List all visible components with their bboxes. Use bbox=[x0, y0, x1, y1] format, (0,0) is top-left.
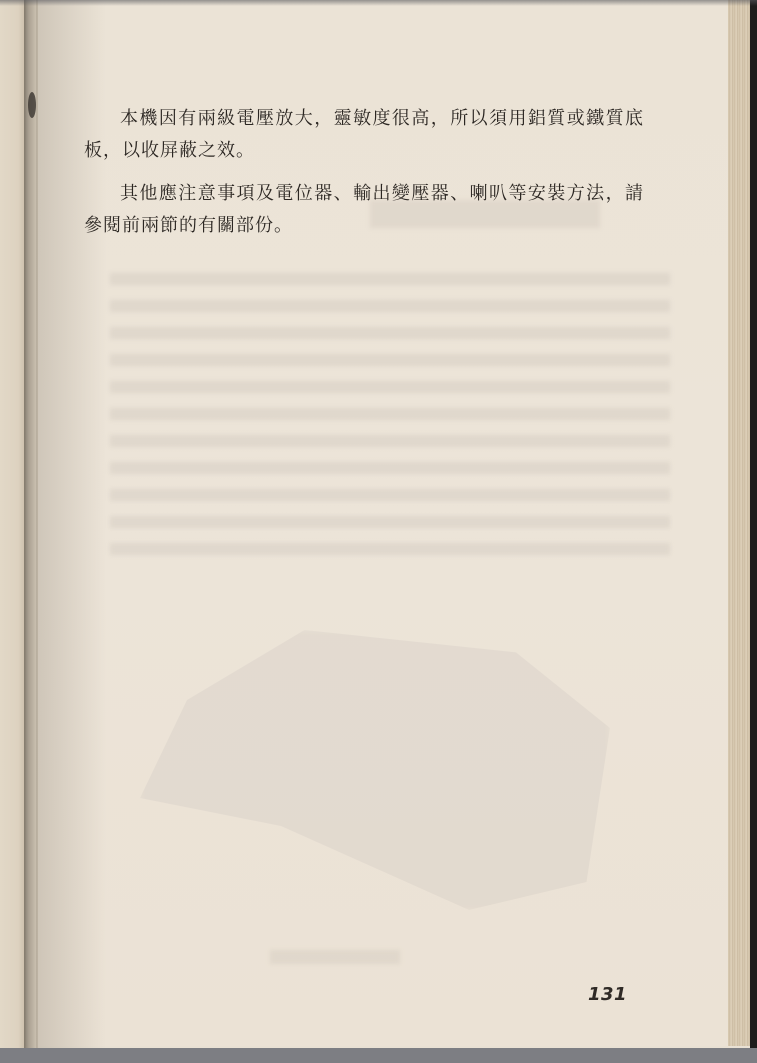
show-through-line bbox=[110, 516, 670, 528]
body-text: 本機因有兩級電壓放大，靈敏度很高，所以須用鋁質或鐵質底板，以收屏蔽之效。 其他應… bbox=[84, 103, 644, 253]
page-edge-stack bbox=[728, 0, 750, 1046]
page-number: 131 bbox=[588, 984, 627, 1005]
scanner-bed bbox=[0, 1048, 757, 1063]
book-cover-edge bbox=[750, 0, 757, 1050]
show-through-line bbox=[110, 354, 670, 366]
show-through-line bbox=[110, 300, 670, 312]
scanned-page-image: 本機因有兩級電壓放大，靈敏度很高，所以須用鋁質或鐵質底板，以收屏蔽之效。 其他應… bbox=[0, 0, 757, 1050]
gutter-ink-mark bbox=[28, 92, 36, 118]
paragraph: 本機因有兩級電壓放大，靈敏度很高，所以須用鋁質或鐵質底板，以收屏蔽之效。 bbox=[84, 103, 644, 167]
show-through-line bbox=[110, 273, 670, 285]
show-through-line bbox=[110, 381, 670, 393]
show-through-line bbox=[110, 543, 670, 555]
show-through-line bbox=[110, 435, 670, 447]
show-through-line bbox=[110, 462, 670, 474]
show-through-line bbox=[110, 408, 670, 420]
top-shadow bbox=[0, 0, 757, 6]
show-through-line bbox=[110, 489, 670, 501]
show-through-caption bbox=[270, 950, 400, 964]
show-through-line bbox=[110, 327, 670, 339]
paragraph: 其他應注意事項及電位器、輸出變壓器、喇叭等安裝方法，請參閱前兩節的有關部份。 bbox=[84, 178, 644, 242]
previous-page-strip bbox=[0, 0, 26, 1050]
